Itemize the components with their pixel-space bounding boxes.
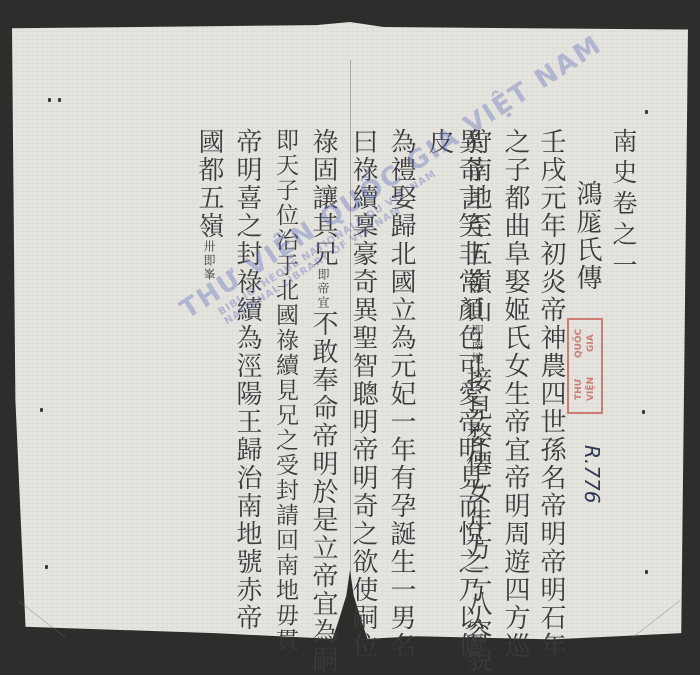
ink-speck xyxy=(45,565,48,569)
volume-title: 南史卷之一 xyxy=(608,128,638,283)
ink-speck xyxy=(642,410,645,414)
text-column-10: 國都五嶺卅即峯 xyxy=(194,128,224,282)
ink-speck xyxy=(645,110,648,114)
call-number: R.776 xyxy=(580,445,604,503)
text-column-2: 之子都曲阜娶姬氏女生帝宜帝明周遊四方巡 xyxy=(500,128,530,660)
ink-speck xyxy=(40,408,43,412)
interlinear-note: 卅即峯 xyxy=(202,240,216,282)
text-column-6: 曰祿續稟豪奇異聖智聰明帝明奇之欲使嗣位 xyxy=(348,128,378,660)
text-column-1: 壬戌元年初炎帝神農四世孫名帝明帝明石年 xyxy=(536,128,566,660)
text-column-7: 祿固讓其兄即帝宜不敢奉命帝明於是立帝宜為嗣 xyxy=(308,128,338,674)
library-stamp: THƯ VIỆN QUỐC GIA xyxy=(567,318,603,414)
chapter-title: 鴻厖氏傳 xyxy=(572,180,602,292)
ink-speck xyxy=(58,98,61,102)
text-column-5: 為禮娶歸北國立為元妃一年有孕誕生一男名 xyxy=(386,128,416,660)
text-column-4: 異奇言笑非常顏色可愛帝明見而悅之乃以儷皮 xyxy=(424,128,484,675)
text-column-9: 帝明喜之封祿續為涇陽王歸治南地號赤帝 xyxy=(232,128,262,632)
interlinear-note: 即帝宜 xyxy=(316,268,330,310)
ink-speck xyxy=(645,570,648,574)
ink-speck xyxy=(48,98,51,102)
text-column-8: 即天子位治于北國祿續見兄之受封請回南地毋貫 xyxy=(270,128,300,653)
